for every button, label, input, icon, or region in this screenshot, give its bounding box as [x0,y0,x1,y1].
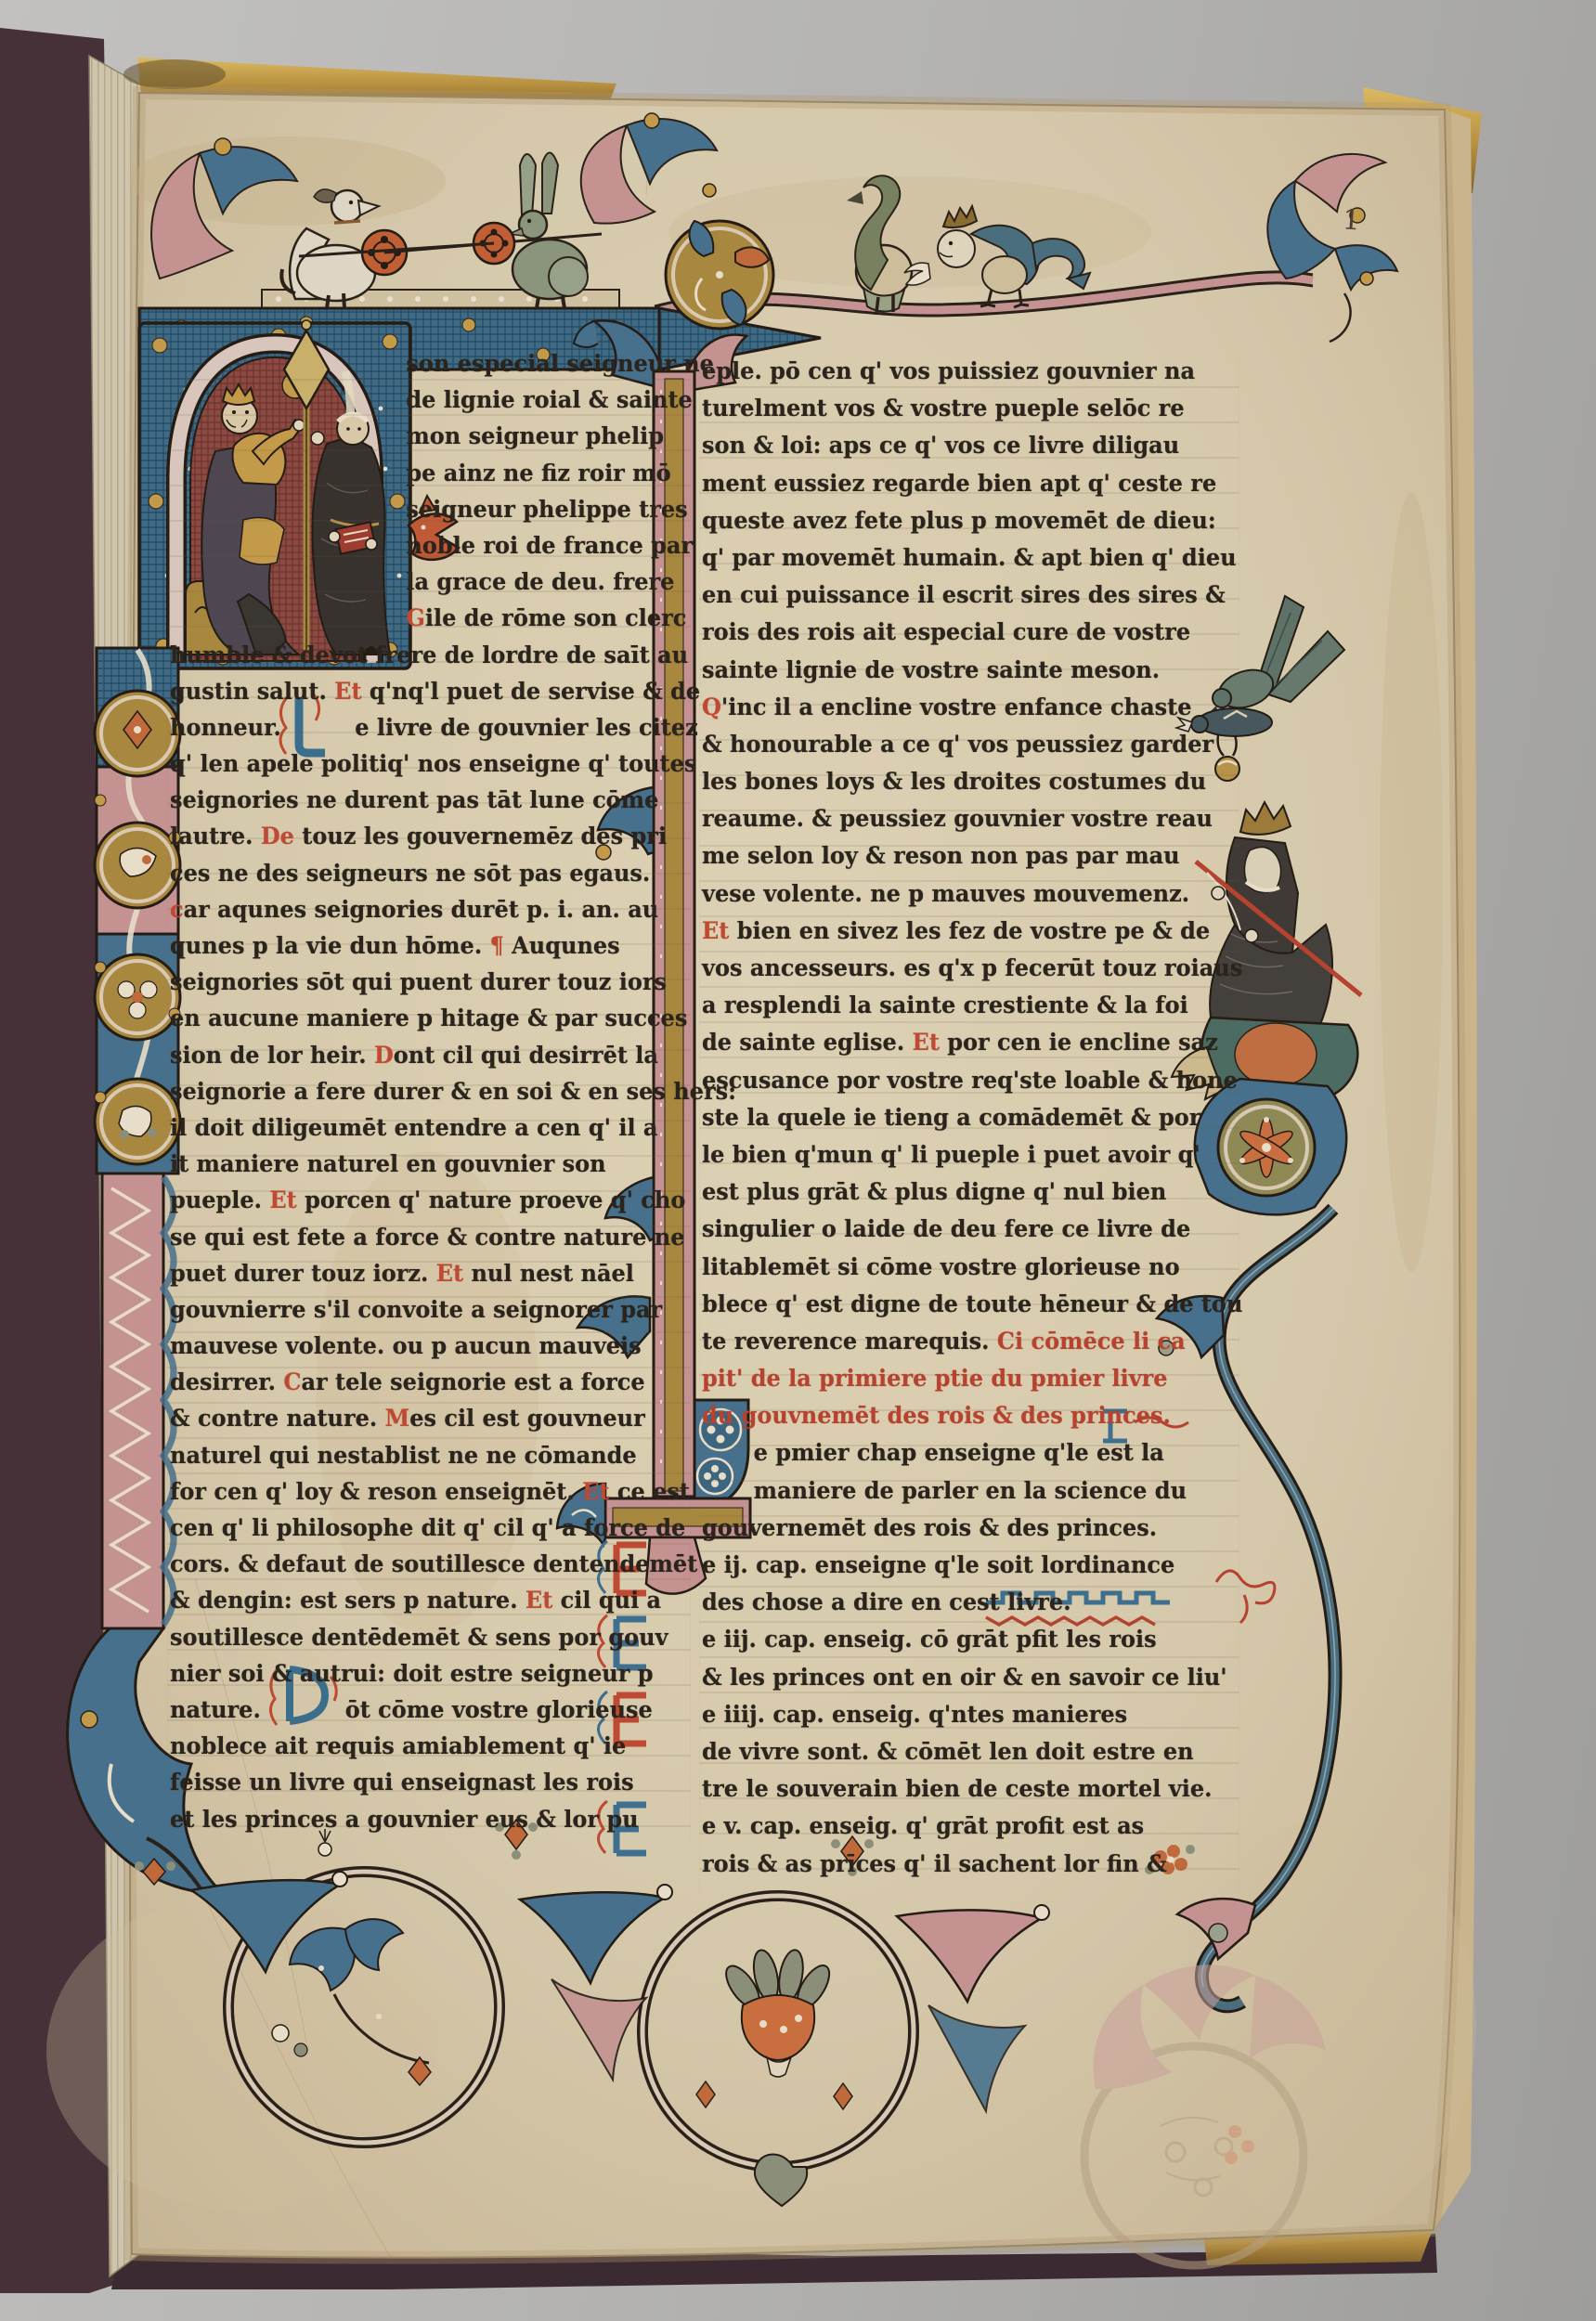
text-segment: noble roi de france par [406,532,693,559]
text-line: pueple. Et porcen q' nature proeve q' ch… [170,1182,673,1218]
text-line: seignorie a fere durer & en soi & en ses… [170,1073,673,1109]
text-segment: escusance por vostre req'ste loable & ho… [702,1067,1238,1094]
text-segment: bien en sivez les fez de vostre pe & de [729,917,1210,944]
dragon-face [938,230,975,267]
text-segment: la grace de deu. frere [406,568,674,595]
text-line: nature. ōt cōme vostre glorieuse [170,1692,673,1728]
text-line: Et bien en sivez les fez de vostre pe & … [702,913,1219,950]
text-segment: eple. pō cen q' vos puissiez gouvnier na [702,357,1195,384]
text-line: litablemēt si cōme vostre glorieuse no [702,1249,1219,1286]
top-edge-smudge [123,59,226,89]
text-line: lautre. De touz les gouvernemēz des pri [170,818,673,854]
text-segment: De [261,823,294,849]
text-segment: nul nest nāel [463,1260,634,1287]
text-segment: seignories sōt qui puent durer touz iors [170,968,667,995]
text-segment: desirrer. [170,1368,283,1395]
text-line: a resplendi la sainte crestiente & la fo… [702,987,1219,1024]
text-line: e iij. cap. enseig. cō grāt pfit les roi… [702,1621,1219,1658]
text-segment: c [170,896,184,923]
text-segment: seignorie a fere durer & en soi & en ses… [170,1078,736,1105]
text-line: des chose a dire en cest livre. [702,1584,1219,1621]
text-segment: D [374,1042,394,1069]
text-line: & dengin: est sers p nature. Et cil qui … [170,1582,673,1618]
dragon-haunch [982,256,1027,293]
text-line: mauvese volente. ou p aucun mauveis [170,1328,673,1364]
text-segment: nier soi & autrui: doit estre seigneur p [170,1660,653,1687]
text-segment: sainte lignie de vostre sainte meson. [702,656,1160,683]
text-segment: touz les gouvernemēz des pri [294,823,667,849]
text-segment: sion de lor heir. [170,1042,374,1069]
text-segment: pe ainz ne fiz roir mō [406,460,670,486]
text-segment: est plus grāt & plus digne q' nul bien [702,1178,1166,1205]
text-segment: for cen q' loy & reson enseignēt. [170,1478,582,1505]
text-segment: e iij. cap. enseig. cō grāt pfit les roi… [702,1626,1157,1653]
text-line: Gile de rōme son clerc [170,600,673,636]
text-segment: feisse un livre qui enseignast les rois [170,1769,634,1796]
text-segment: 'inc il a encline vostre enfance chaste [721,694,1192,720]
hare-ear [520,154,536,215]
text-segment: de vivre sont. & cōmēt len doit estre en [702,1738,1194,1765]
text-line: car aqunes seignories durēt p. i. an. au [170,891,673,927]
text-line: son & loi: aps ce q' vos ce livre diliga… [702,427,1219,464]
text-line: ces ne des seigneurs ne sōt pas egaus. [170,855,673,891]
text-segment: naturel qui nestablist ne ne cōmande [170,1442,637,1469]
vine-medallion [95,954,180,1040]
text-segment: nature. [170,1696,268,1723]
text-line: de lignie roial & sainte [170,382,673,418]
text-segment: pit' de la primiere ptie du pmier livre [702,1365,1168,1392]
text-line: e ij. cap. enseigne q'le soit lordinance [702,1547,1219,1584]
zigzag-band [102,1173,163,1628]
text-segment: litablemēt si cōme vostre glorieuse no [702,1253,1180,1280]
text-segment: cen q' li philosophe dit q' cil q' a for… [170,1514,685,1541]
text-line: tre le souverain bien de ceste mortel vi… [702,1770,1219,1808]
text-segment: reaume. & peussiez gouvnier vostre reau [702,805,1213,832]
text-line: humble & devot frere de lordre de saīt a… [170,637,673,673]
text-segment: it maniere naturel en gouvnier son [170,1150,606,1177]
text-line: il doit diligeumēt entendre a cen q' il … [170,1109,673,1146]
text-segment: ar aqunes seignories durēt p. i. an. au [184,896,659,923]
text-line: sion de lor heir. Dont cil qui desirrēt … [170,1037,673,1073]
text-line: maniere de parler en la science du [702,1472,1219,1510]
initial-gap [268,1692,345,1728]
text-segment: Et [913,1029,940,1056]
text-line: nier soi & autrui: doit estre seigneur p [170,1655,673,1692]
text-segment: seigneur phelippe tres [406,496,687,523]
text-segment: Ci cōmēce li ca [997,1328,1186,1355]
text-segment: Auqunes [512,932,620,959]
text-line: e pmier chap enseigne q'le est la [702,1434,1219,1472]
text-line: se qui est fete a force & contre nature … [170,1219,673,1255]
text-segment: M [385,1405,410,1432]
text-segment: noblece ait requis amiablement q' ie [170,1732,626,1759]
text-segment: singulier o laide de deu fere ce livre d… [702,1215,1190,1242]
text-line: blece q' est digne de toute hēneur & de … [702,1286,1219,1323]
text-line: et les princes a gouvnier eus & lor pu [170,1801,673,1837]
gold-ball [703,184,716,197]
text-segment: Et [702,917,729,944]
gold-ball [644,113,659,128]
text-line: q' par movemēt humain. & apt bien q' die… [702,539,1219,577]
text-line: & honourable a ce q' vos peussiez garder [702,726,1219,763]
text-line: est plus grāt & plus digne q' nul bien [702,1173,1219,1211]
text-segment: lautre. [170,823,261,849]
text-segment: ces ne des seigneurs ne sōt pas egaus. [170,860,650,887]
hare-haunch [549,257,588,296]
text-line: e v. cap. enseig. q' grāt profit est as [702,1808,1219,1845]
text-line: seignories sōt qui puent durer touz iors [170,964,673,1000]
text-line: eple. pō cen q' vos puissiez gouvnier na [702,353,1219,390]
text-segment: maniere de parler en la science du [754,1477,1187,1504]
text-column-right: eple. pō cen q' vos puissiez gouvnier na… [702,353,1240,1883]
text-line: noble roi de france par [170,527,673,564]
text-line: en cui puissance il escrit sires des sir… [702,577,1219,614]
text-segment: ste la quele ie tieng a comādemēt & por [702,1104,1200,1131]
text-line: Q'inc il a encline vostre enfance chaste [702,689,1219,726]
folio-number: 1 [1342,203,1361,237]
manuscript-photo: son especial seigneur nede lignie roial … [0,0,1596,2321]
text-line: seignories ne durent pas tāt lune cōme [170,782,673,818]
text-line: escusance por vostre req'ste loable & ho… [702,1062,1219,1099]
text-line: te reverence marequis. Ci cōmēce li ca [702,1323,1219,1360]
text-segment: Et [582,1478,609,1505]
text-line: cors. & defaut de soutillesce dentendemē… [170,1546,673,1582]
text-segment: Et [526,1587,552,1614]
text-segment: Et [269,1186,296,1213]
text-line: mon seigneur phelip [170,418,673,454]
text-line: gouvernemēt des rois & des princes. [702,1510,1219,1547]
text-segment: rois des rois ait especial cure de vostr… [702,618,1190,645]
text-line: q' len apele politiq' nos enseigne q' to… [170,746,673,782]
text-line: desirrer. Car tele seignorie est a force [170,1364,673,1400]
text-segment: q' len apele politiq' nos enseigne q' to… [170,750,696,777]
text-line: reaume. & peussiez gouvnier vostre reau [702,800,1219,837]
text-segment: por cen ie encline saz [940,1029,1218,1056]
text-line: pit' de la primiere ptie du pmier livre [702,1360,1219,1397]
text-segment: mon seigneur phelip [406,422,664,449]
text-segment: soutillesce dentēdemēt & sens por gouv [170,1624,668,1651]
text-segment: vos ancesseurs. es q'x p fecerūt touz ro… [702,954,1242,981]
text-segment: cil qui a [552,1587,661,1614]
text-segment: q' par movemēt humain. & apt bien q' die… [702,544,1237,571]
text-segment: e livre de gouvnier les citez [355,714,697,741]
text-line: gustin salut. Et q'nq'l puet de servise … [170,673,673,709]
text-segment: gouvernemēt des rois & des princes. [702,1514,1157,1541]
text-segment: humble & devot frere de lordre de saīt a… [170,642,688,668]
text-segment: & dengin: est sers p nature. [170,1587,526,1614]
text-segment: ar tele seignorie est a force [302,1368,645,1395]
text-segment: e v. cap. enseig. q' grāt profit est as [702,1812,1144,1839]
text-segment: gouvnierre s'il convoite a seignorer par [170,1296,662,1323]
text-line: rois & as prīces q' il sachent lor fin & [702,1846,1219,1883]
text-segment: C [283,1368,301,1395]
text-line: de vivre sont. & cōmēt len doit estre en [702,1733,1219,1770]
text-segment: turelment vos & vostre pueple selōc re [702,395,1185,421]
text-segment: vese volente. ne p mauves mouvemenz. [702,880,1189,907]
text-line: de sainte eglise. Et por cen ie encline … [702,1024,1219,1061]
text-line: singulier o laide de deu fere ce livre d… [702,1211,1219,1248]
text-line: soutillesce dentēdemēt & sens por gouv [170,1619,673,1655]
text-line: les bones loys & les droites costumes du [702,763,1219,800]
text-segment: le bien q'mun q' li pueple i puet avoir … [702,1141,1200,1168]
ball-finial [332,1872,347,1887]
text-line: sainte lignie de vostre sainte meson. [702,652,1219,689]
text-line: rois des rois ait especial cure de vostr… [702,614,1219,651]
text-segment: de lignie roial & sainte [406,386,692,413]
text-segment: e pmier chap enseigne q'le est la [754,1439,1164,1466]
text-segment: puet durer touz iorz. [170,1260,436,1287]
text-segment: en cui puissance il escrit sires des sir… [702,581,1226,608]
text-line: pe ainz ne fiz roir mō [170,455,673,491]
text-line: puet durer touz iorz. Et nul nest nāel [170,1255,673,1291]
text-segment: les bones loys & les droites costumes du [702,768,1206,795]
text-line: ste la quele ie tieng a comādemēt & por [702,1099,1219,1136]
text-line: queste avez fete plus p movemēt de dieu: [702,502,1219,539]
text-segment: qunes p la vie dun hōme. [170,932,490,959]
text-segment: e ij. cap. enseigne q'le soit lordinance [702,1551,1174,1578]
spinner-hand [1245,929,1258,942]
text-segment: ment eussiez regarde bien apt q' ceste r… [702,470,1216,497]
text-segment: ce est [610,1478,690,1505]
text-segment: en aucune maniere p hitage & par succes [170,1005,687,1031]
text-segment: a resplendi la sainte crestiente & la fo… [702,992,1188,1018]
text-segment: & honourable a ce q' vos peussiez garder [702,731,1213,758]
text-segment: il doit diligeumēt entendre a cen q' il … [170,1114,657,1141]
text-line: vese volente. ne p mauves mouvemenz. [702,875,1219,913]
text-segment: honneur. [170,714,289,741]
vine-medallion [95,823,180,908]
text-line: honneur. e livre de gouvnier les citez [170,709,673,746]
text-segment: queste avez fete plus p movemēt de dieu: [702,507,1216,534]
ball-finial [657,1885,672,1900]
text-line: turelment vos & vostre pueple selōc re [702,390,1219,427]
text-segment: & les princes ont en oir & en savoir ce … [702,1664,1227,1691]
text-segment: me selon loy & reson non pas par mau [702,842,1180,869]
text-line: gouvnierre s'il convoite a seignorer par [170,1291,673,1328]
text-line: le bien q'mun q' li pueple i puet avoir … [702,1136,1219,1173]
text-segment: ¶ [490,932,513,959]
text-segment: te reverence marequis. [702,1328,997,1355]
text-segment: Et [334,678,361,705]
text-line: vos ancesseurs. es q'x p fecerūt touz ro… [702,950,1219,987]
text-line: it maniere naturel en gouvnier son [170,1146,673,1182]
text-segment: du gouvnemēt des rois & des princes. [702,1402,1171,1429]
text-segment: es cil est gouvneur [409,1405,645,1432]
text-line: seigneur phelippe tres [170,491,673,527]
text-segment: cors. & defaut de soutillesce dentendemē… [170,1550,697,1577]
text-segment: tre le souverain bien de ceste mortel vi… [702,1775,1212,1802]
text-segment: ōt cōme vostre glorieuse [345,1696,653,1723]
text-line: & contre nature. Mes cil est gouvneur [170,1400,673,1436]
text-line: son especial seigneur ne [170,345,673,382]
text-segment: blece q' est digne de toute hēneur & de … [702,1290,1242,1317]
text-segment: de sainte eglise. [702,1029,913,1056]
text-line: e iiij. cap. enseig. q'ntes manieres [702,1696,1219,1733]
text-segment: Q [702,694,721,720]
text-line: du gouvnemēt des rois & des princes. [702,1397,1219,1434]
text-segment: son & loi: aps ce q' vos ce livre diliga… [702,432,1179,459]
text-segment: porcen q' nature proeve q' cho [297,1186,686,1213]
text-segment: ont cil qui desirrēt la [394,1042,658,1069]
text-segment: ile de rōme son clerc [425,604,687,631]
text-segment: seignories ne durent pas tāt lune cōme [170,786,658,813]
text-line: feisse un livre qui enseignast les rois [170,1764,673,1800]
gold-ball [214,138,231,155]
text-segment: G [406,604,425,631]
text-segment: mauvese volente. ou p aucun mauveis [170,1332,642,1359]
text-line: la grace de deu. frere [170,564,673,600]
text-segment: son especial seigneur ne [406,350,713,377]
ivy-medallion [666,221,773,329]
text-segment: & contre nature. [170,1405,385,1432]
text-line: naturel qui nestablist ne ne cōmande [170,1437,673,1473]
text-segment: se qui est fete a force & contre nature … [170,1224,684,1251]
vine-medallion [95,1079,180,1164]
text-segment: gustin salut. [170,678,334,705]
text-segment: des chose a dire en cest livre. [702,1588,1071,1615]
text-line: noblece ait requis amiablement q' ie [170,1728,673,1764]
text-line: for cen q' loy & reson enseignēt. Et ce … [170,1473,673,1510]
text-segment: e iiij. cap. enseig. q'ntes manieres [702,1701,1127,1728]
text-line: & les princes ont en oir & en savoir ce … [702,1659,1219,1696]
initial-gap [289,709,355,746]
vine-medallion [95,691,180,776]
text-column-left: son especial seigneur nede lignie roial … [170,345,694,1837]
text-line: qunes p la vie dun hōme. ¶ Auqunes [170,927,673,964]
text-line: ment eussiez regarde bien apt q' ceste r… [702,465,1219,502]
text-segment: et les princes a gouvnier eus & lor pu [170,1806,639,1833]
text-line: en aucune maniere p hitage & par succes [170,1000,673,1036]
text-line: me selon loy & reson non pas par mau [702,837,1219,875]
ball-finial [1034,1905,1049,1920]
text-line: cen q' li philosophe dit q' cil q' a for… [170,1510,673,1546]
text-segment: Et [436,1260,463,1287]
text-segment: pueple. [170,1186,269,1213]
text-segment: q'nq'l puet de servise & de [362,678,701,705]
text-segment: rois & as prīces q' il sachent lor fin & [702,1850,1167,1877]
orange-patch [1235,1023,1317,1086]
